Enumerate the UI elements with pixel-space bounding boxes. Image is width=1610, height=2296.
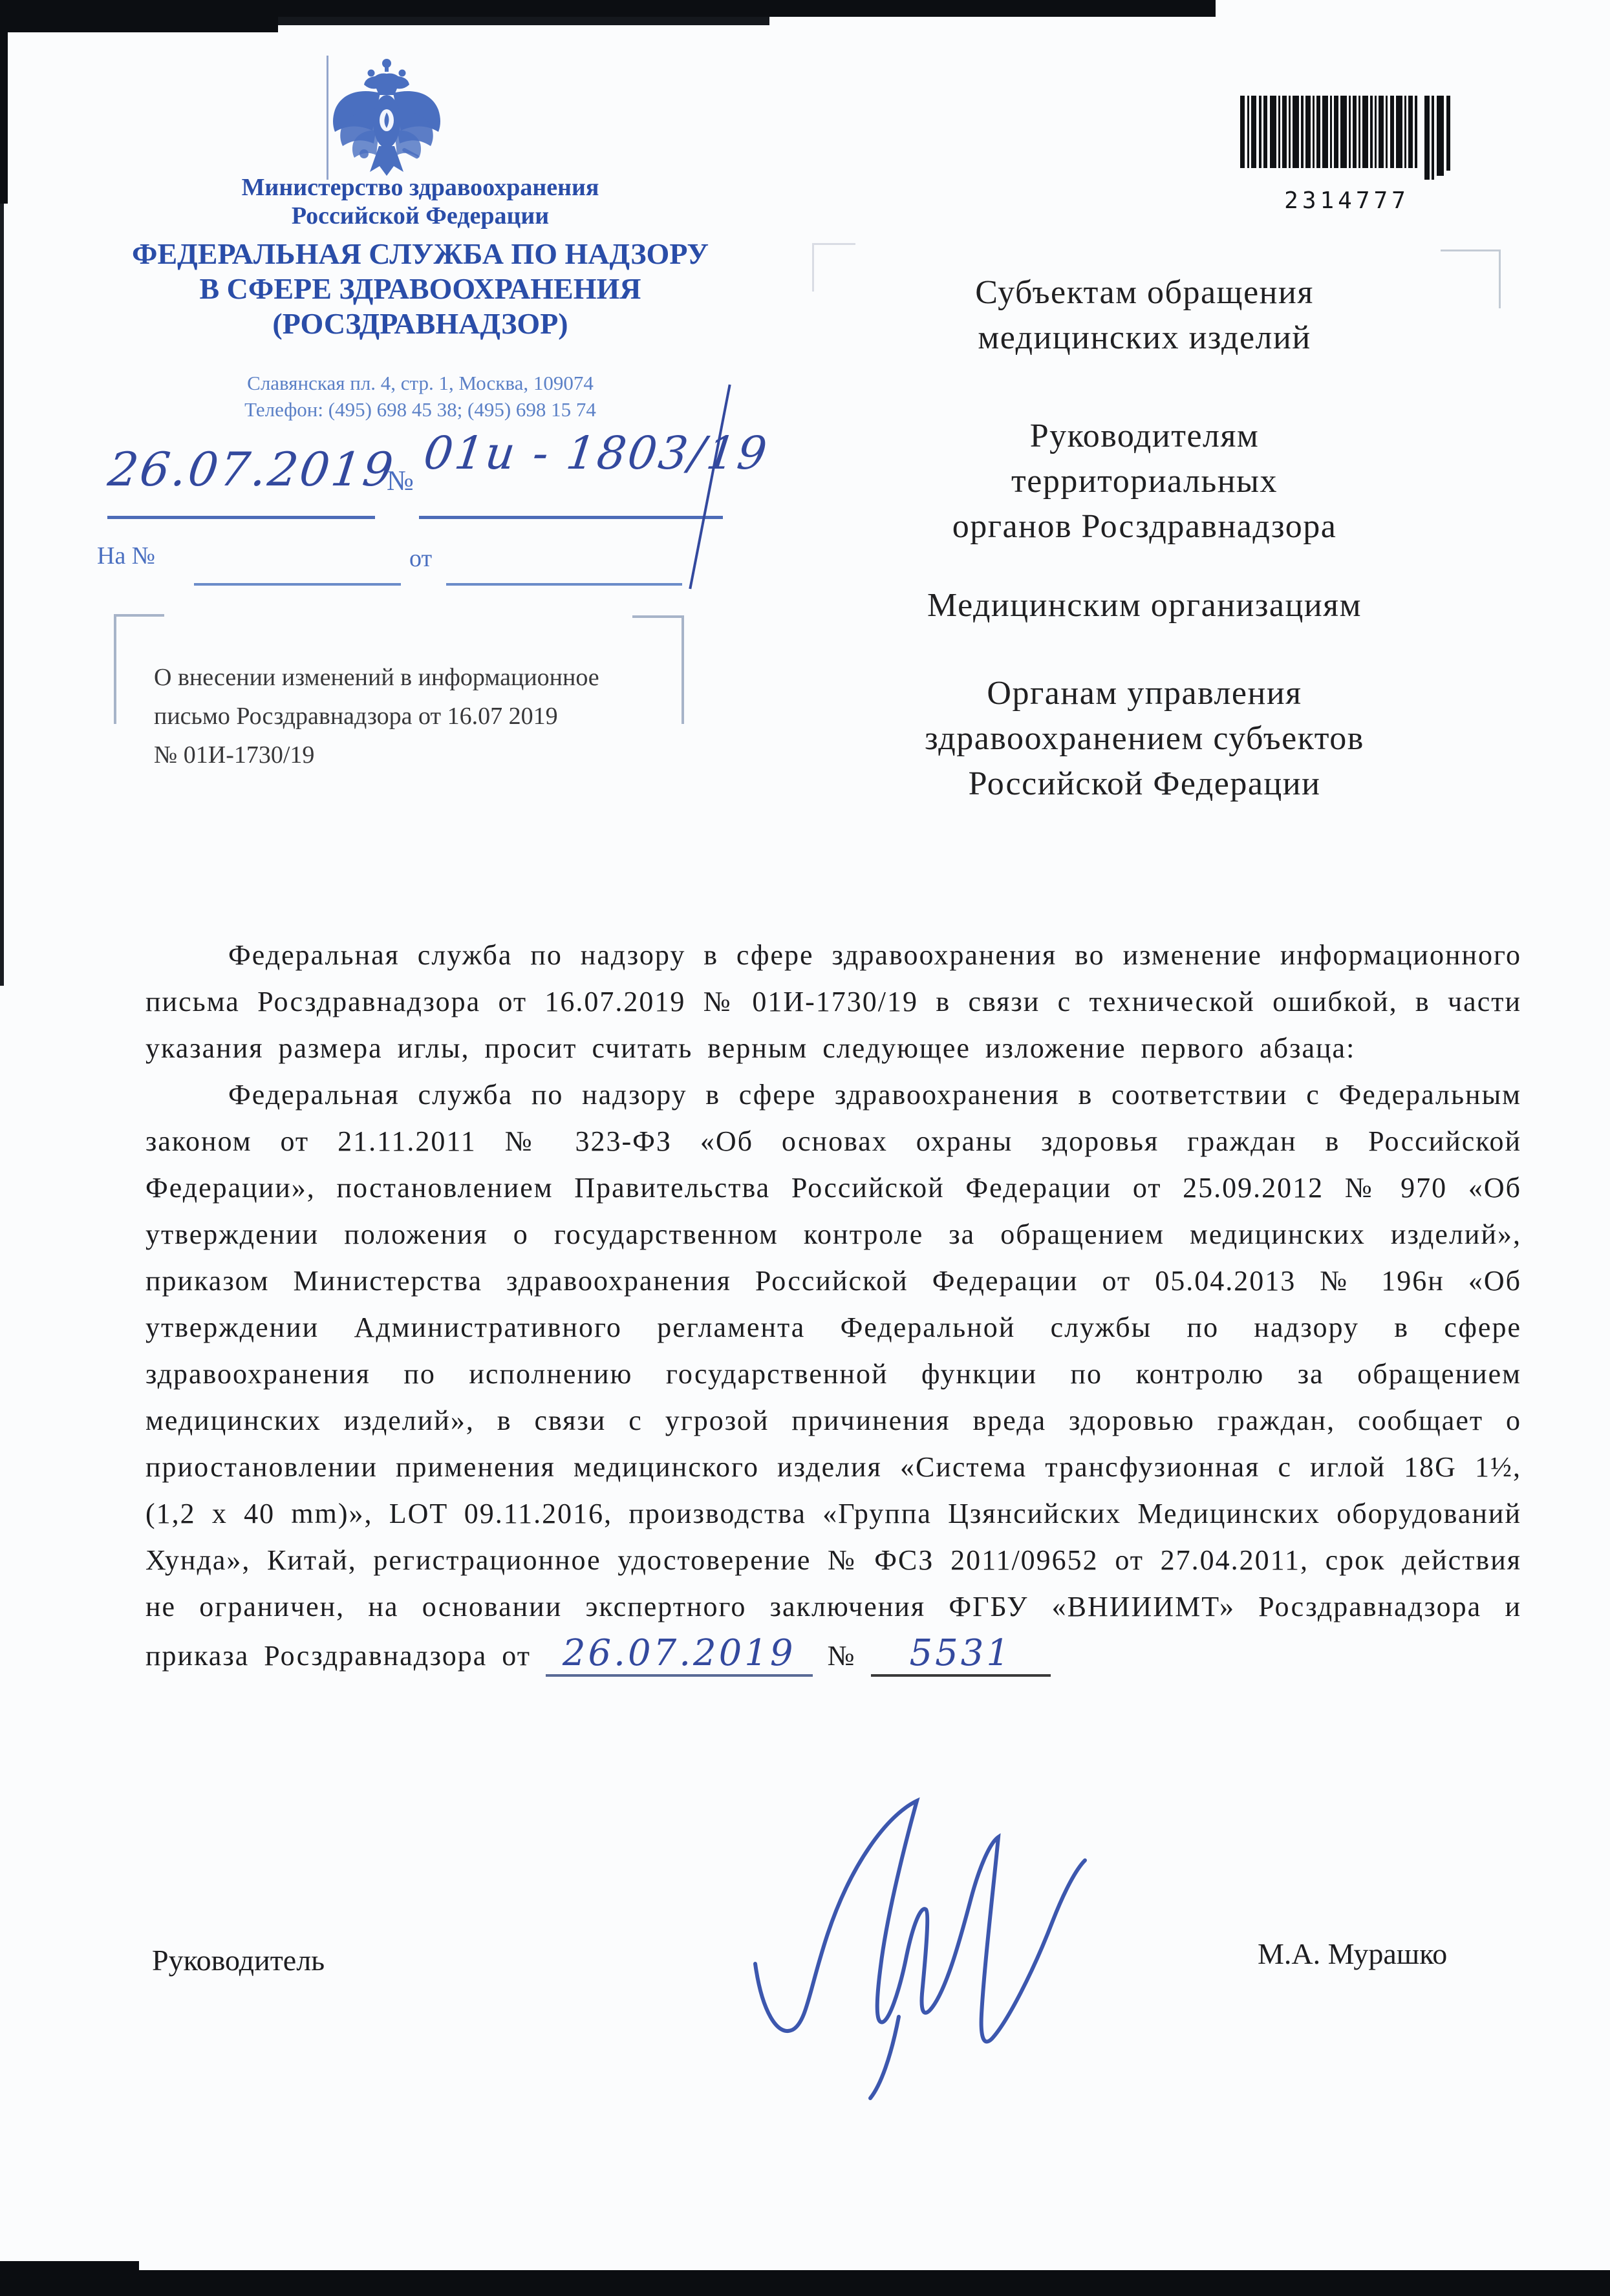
service-name: ФЕДЕРАЛЬНАЯ СЛУЖБА ПО НАДЗОРУ В СФЕРЕ ЗД… xyxy=(84,237,757,341)
date-underline xyxy=(107,516,375,519)
in-reply-date-underline xyxy=(446,583,682,586)
addressee-territorial-heads: Руководителям территориальных органов Ро… xyxy=(821,414,1468,549)
handwritten-outgoing-date: 26.07.2019 xyxy=(105,442,398,496)
in-reply-number-underline xyxy=(194,583,401,586)
number-underline xyxy=(419,516,723,519)
number-sign-label: № xyxy=(387,464,414,497)
order-number-sign: № xyxy=(828,1640,856,1672)
ministry-line-2: Российской Федерации xyxy=(84,202,757,230)
addressee-line: Руководителям xyxy=(821,414,1468,459)
letterhead: Министерство здравоохранения Российской … xyxy=(84,173,757,423)
addressee-line: Медицинским организациям xyxy=(821,583,1468,628)
addressee-line: Российской Федерации xyxy=(821,761,1468,807)
service-line-3: (РОСЗДРАВНАДЗОР) xyxy=(84,306,757,341)
russia-coat-of-arms-icon xyxy=(327,56,445,180)
subject-line-3: № 01И-1730/19 xyxy=(154,736,723,774)
addressee-line: здравоохранением субъектов xyxy=(821,716,1468,761)
body-paragraph-2-text: Федеральная служба по надзору в сфере зд… xyxy=(145,1079,1521,1672)
subject-line-1: О внесении изменений в информационное xyxy=(154,658,723,697)
body-paragraph-2: Федеральная служба по надзору в сфере зд… xyxy=(145,1072,1521,1679)
letter-body: Федеральная служба по надзору в сфере зд… xyxy=(145,932,1521,1679)
postal-address: Славянская пл. 4, стр. 1, Москва, 109074 xyxy=(84,370,757,396)
service-line-1: ФЕДЕРАЛЬНАЯ СЛУЖБА ПО НАДЗОРУ xyxy=(84,237,757,271)
addressee-line: Субъектам обращения xyxy=(821,270,1468,315)
scan-artifact-bottom-bar xyxy=(0,2270,1610,2296)
phone-line: Телефон: (495) 698 45 38; (495) 698 15 7… xyxy=(84,396,757,423)
handwritten-order-number: 5531 xyxy=(871,1632,1051,1677)
addressee-health-authorities: Органам управления здравоохранением субъ… xyxy=(821,671,1468,807)
scan-artifact-left-edge xyxy=(0,29,8,204)
signer-title: Руководитель xyxy=(152,1943,325,1977)
in-reply-date-label: от xyxy=(409,544,432,573)
in-reply-number-label: На № xyxy=(97,542,155,570)
addressee-line: Органам управления xyxy=(821,671,1468,716)
handwritten-signature xyxy=(737,1797,1125,2110)
contact-block: Славянская пл. 4, стр. 1, Москва, 109074… xyxy=(84,370,757,423)
handwritten-order-date: 26.07.2019 xyxy=(546,1632,813,1677)
signer-name: М.А. Мурашко xyxy=(1258,1937,1447,1971)
ministry-line-1: Министерство здравоохранения xyxy=(84,173,757,202)
scan-artifact-top-smear xyxy=(278,17,769,25)
scanned-letter-page: Министерство здравоохранения Российской … xyxy=(0,0,1610,2296)
addressee-medical-organizations: Медицинским организациям xyxy=(821,583,1468,628)
addressee-line: медицинских изделий xyxy=(821,315,1468,361)
scan-artifact-left-edge-thin xyxy=(0,204,4,986)
addressee-line: территориальных xyxy=(821,459,1468,504)
service-line-2: В СФЕРЕ ЗДРАВООХРАНЕНИЯ xyxy=(84,271,757,306)
ministry-name: Министерство здравоохранения Российской … xyxy=(84,173,757,230)
subject-line-2: письмо Росздравнадзора от 16.07 2019 xyxy=(154,697,723,736)
body-paragraph-1: Федеральная служба по надзору в сфере зд… xyxy=(145,932,1521,1072)
scan-artifact-bottom-bar-left xyxy=(0,2261,139,2274)
addressee-line: органов Росздравнадзора xyxy=(821,504,1468,549)
barcode-number: 2314777 xyxy=(1240,187,1454,214)
addressee-subjects: Субъектам обращения медицинских изделий xyxy=(821,270,1468,361)
barcode-image xyxy=(1240,96,1454,184)
subject-block: О внесении изменений в информационное пи… xyxy=(154,658,723,774)
scan-artifact-top-bar-left xyxy=(0,0,278,32)
